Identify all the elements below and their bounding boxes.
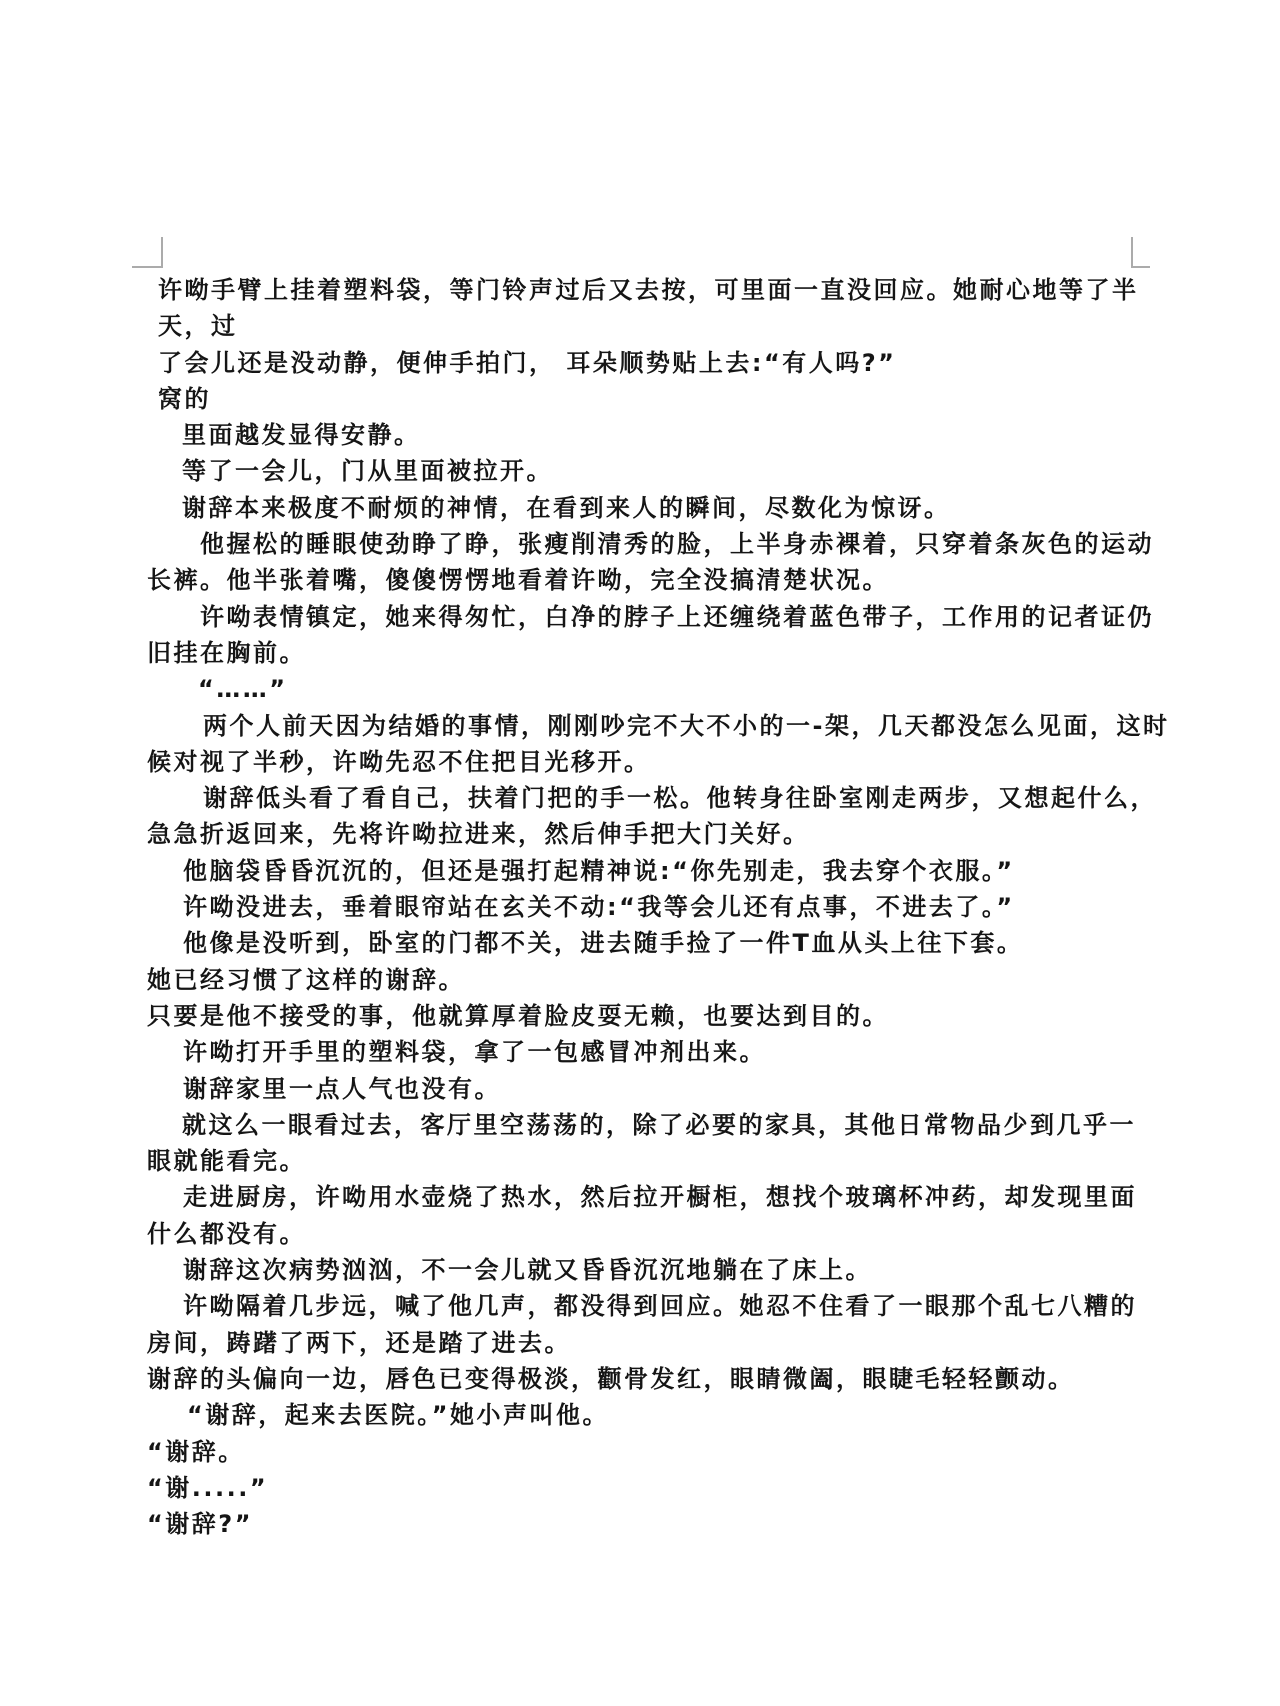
text-line: 他像是没听到，卧室的门都不关，进去随手捡了一件T血从头上往下套。 [147, 925, 1147, 961]
document-text: 许呦手臂上挂着塑料袋，等门铃声过后又去按，可里面一直没回应。她耐心地等了半天，过… [147, 272, 1147, 1542]
text-line: 她已经习惯了这样的谢辞。 [147, 962, 1147, 998]
text-line: 谢辞家里一点人气也没有。 [147, 1071, 1147, 1107]
text-line: 急急折返回来，先将许呦拉进来，然后伸手把大门关好。 [147, 816, 1147, 852]
crop-mark-top-left [132, 237, 163, 268]
text-line: 等了一会儿，门从里面被拉开。 [147, 453, 1147, 489]
text-line: 里面越发显得安静。 [147, 417, 1147, 453]
text-line: 许呦表情镇定，她来得匆忙，白净的脖子上还缠绕着蓝色带子，工作用的记者证仍 [147, 599, 1147, 635]
crop-mark-top-right [1131, 237, 1150, 268]
text-line: 谢辞本来极度不耐烦的神情，在看到来人的瞬间，尽数化为惊讶。 [147, 490, 1147, 526]
text-line: 眼就能看完。 [147, 1143, 1147, 1179]
text-line: 房间，踌躇了两下，还是踏了进去。 [147, 1325, 1147, 1361]
text-line: 谢辞这次病势汹汹，不一会儿就又昏昏沉沉地躺在了床上。 [147, 1252, 1147, 1288]
text-line: 许呦没进去，垂着眼帘站在玄关不动:“我等会儿还有点事，不进去了。” [147, 889, 1147, 925]
text-line: “谢辞?” [147, 1506, 1147, 1542]
document-page: 许呦手臂上挂着塑料袋，等门铃声过后又去按，可里面一直没回应。她耐心地等了半天，过… [0, 0, 1280, 1706]
text-line: 什么都没有。 [147, 1216, 1147, 1252]
text-line: 天，过 [147, 308, 1147, 344]
text-line: 许呦打开手里的塑料袋，拿了一包感冒冲剂出来。 [147, 1034, 1147, 1070]
text-line: “谢辞，起来去医院。”她小声叫他。 [147, 1397, 1147, 1433]
text-line: 窝的 [147, 381, 1147, 417]
text-line: 走进厨房，许呦用水壶烧了热水，然后拉开橱柜，想找个玻璃杯冲药，却发现里面 [147, 1179, 1147, 1215]
text-line: 许呦隔着几步远，喊了他几声，都没得到回应。她忍不住看了一眼那个乱七八糟的 [147, 1288, 1147, 1324]
text-line: 谢辞的头偏向一边，唇色已变得极淡，颧骨发红，眼睛微阖，眼睫毛轻轻颤动。 [147, 1361, 1147, 1397]
text-line: 只要是他不接受的事，他就算厚着脸皮耍无赖，也要达到目的。 [147, 998, 1147, 1034]
text-line: “谢.....” [147, 1470, 1147, 1506]
text-line: “谢辞。 [147, 1434, 1147, 1470]
text-line: 他脑袋昏昏沉沉的，但还是强打起精神说:“你先别走，我去穿个衣服。” [147, 853, 1147, 889]
text-line: 许呦手臂上挂着塑料袋，等门铃声过后又去按，可里面一直没回应。她耐心地等了半 [147, 272, 1147, 308]
text-line: 两个人前天因为结婚的事情，刚刚吵完不大不小的一-架，几天都没怎么见面，这时 [147, 708, 1147, 744]
text-line: 他握松的睡眼使劲睁了睁，张瘦削清秀的脸，上半身赤裸着，只穿着条灰色的运动 [147, 526, 1147, 562]
text-line: 谢辞低头看了看自己，扶着门把的手一松。他转身往卧室刚走两步，又想起什么， [147, 780, 1147, 816]
text-line: 旧挂在胸前。 [147, 635, 1147, 671]
text-line: 了会儿还是没动静，便伸手拍门， 耳朵顺势贴上去:“有人吗?” [147, 345, 1147, 381]
text-line: “……” [147, 671, 1147, 707]
text-line: 就这么一眼看过去，客厅里空荡荡的，除了必要的家具，其他日常物品少到几乎一 [147, 1107, 1147, 1143]
text-line: 长裤。他半张着嘴，傻傻愣愣地看着许呦，完全没搞清楚状况。 [147, 562, 1147, 598]
text-line: 候对视了半秒，许呦先忍不住把目光移开。 [147, 744, 1147, 780]
